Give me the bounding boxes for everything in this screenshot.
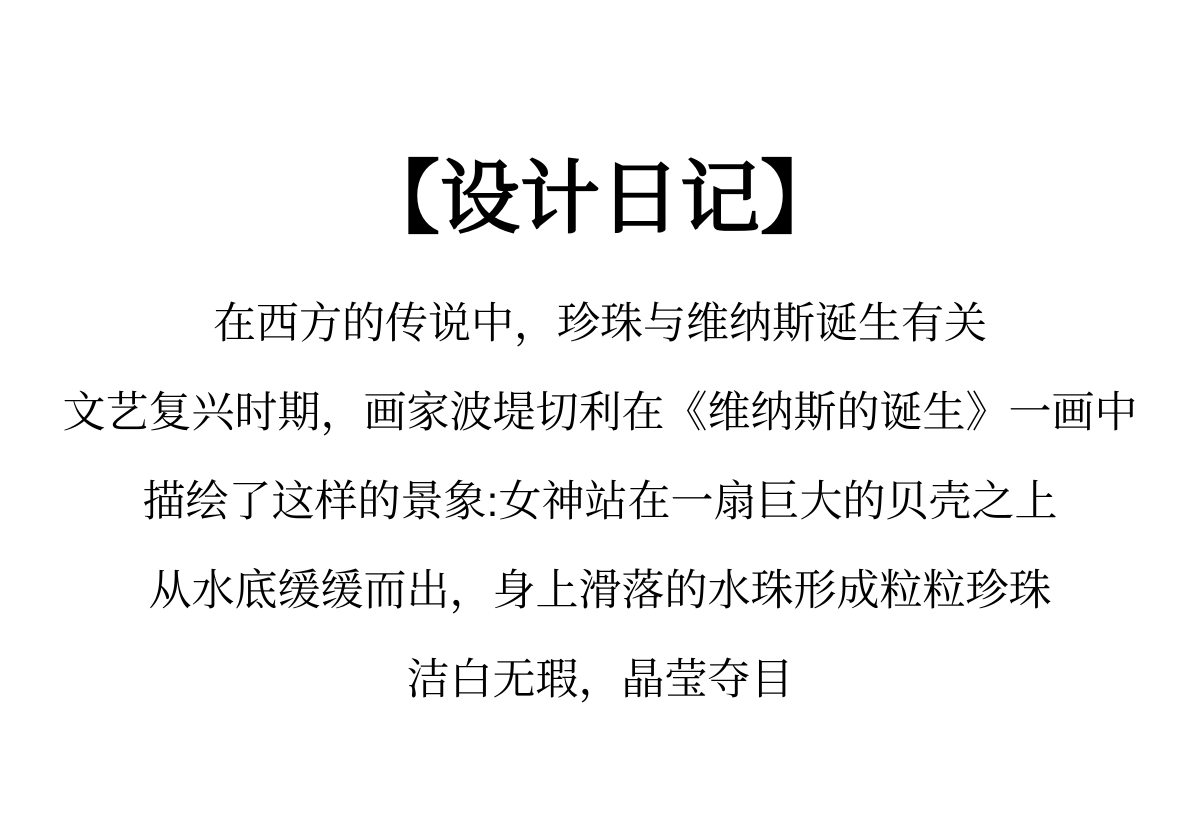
- diary-line-4: 从水底缓缓而出，身上滑落的水珠形成粒粒珍珠: [0, 547, 1200, 636]
- page-title: 【设计日记】: [0, 150, 1200, 250]
- diary-line-1: 在西方的传说中，珍珠与维纳斯诞生有关: [0, 280, 1200, 369]
- design-diary-page: 【设计日记】 在西方的传说中，珍珠与维纳斯诞生有关 文艺复兴时期，画家波堤切利在…: [0, 0, 1200, 826]
- diary-line-3: 描绘了这样的景象:女神站在一扇巨大的贝壳之上: [0, 458, 1200, 547]
- diary-body: 在西方的传说中，珍珠与维纳斯诞生有关 文艺复兴时期，画家波堤切利在《维纳斯的诞生…: [0, 280, 1200, 725]
- diary-line-5: 洁白无瑕，晶莹夺目: [0, 636, 1200, 725]
- diary-line-2: 文艺复兴时期，画家波堤切利在《维纳斯的诞生》一画中: [0, 369, 1200, 458]
